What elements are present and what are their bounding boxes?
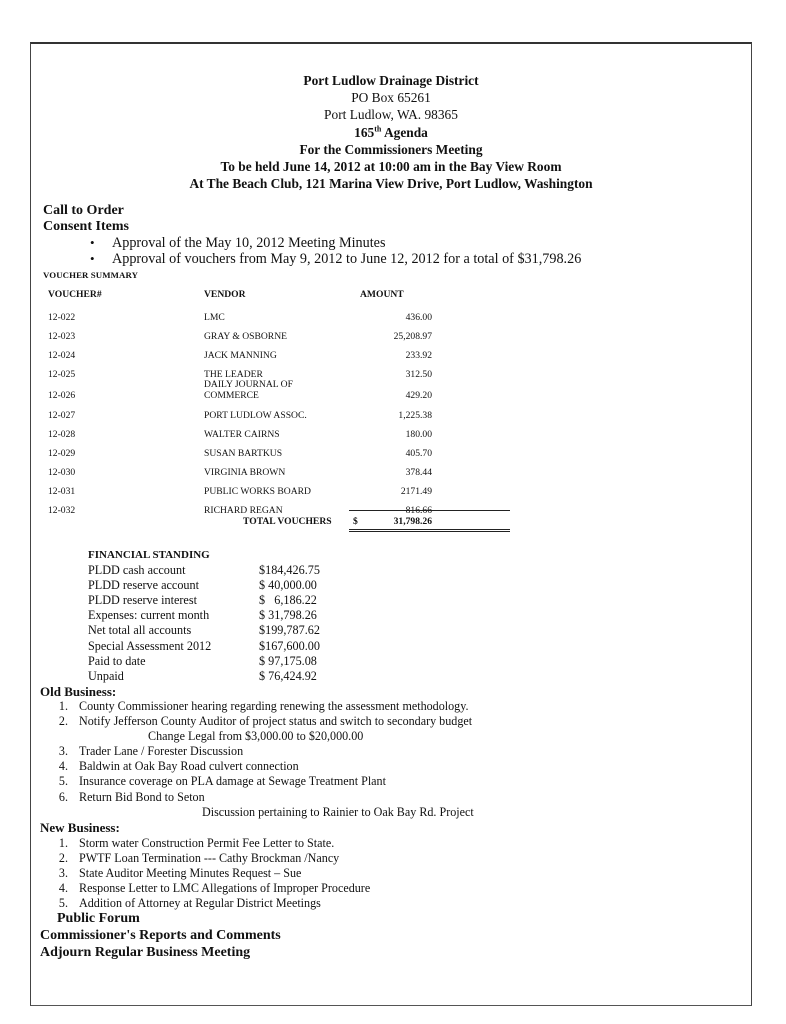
column-header-amount: AMOUNT: [360, 289, 404, 300]
financial-label: PLDD reserve account: [88, 578, 199, 593]
voucher-number: 12-030: [48, 467, 75, 478]
letterhead: Port Ludlow Drainage District PO Box 652…: [30, 72, 752, 192]
city-line: Port Ludlow, WA. 98365: [30, 106, 752, 123]
item-number: 4.: [52, 881, 68, 896]
voucher-amount: 436.00: [406, 312, 432, 323]
item-text: Storm water Construction Permit Fee Lett…: [79, 836, 334, 851]
bullet-icon: •: [90, 251, 112, 267]
total-rule-2: [349, 531, 510, 532]
location-line: At The Beach Club, 121 Marina View Drive…: [30, 175, 752, 192]
vendor-name: SUSAN BARTKUS: [204, 448, 282, 459]
item-text: Trader Lane / Forester Discussion: [79, 744, 243, 759]
item-text: Response Letter to LMC Allegations of Im…: [79, 881, 370, 896]
total-row: TOTAL VOUCHERS $ 31,798.26: [48, 516, 518, 536]
table-header-row: VOUCHER# VENDOR AMOUNT: [48, 289, 518, 309]
meeting-title: For the Commissioners Meeting: [30, 141, 752, 158]
financial-label: Unpaid: [88, 669, 124, 684]
financial-label: PLDD reserve interest: [88, 593, 197, 608]
table-row: 12-031PUBLIC WORKS BOARD2171.49: [48, 486, 518, 506]
voucher-number: 12-026: [48, 390, 75, 401]
item-text: Addition of Attorney at Regular District…: [79, 896, 321, 911]
voucher-number: 12-027: [48, 410, 75, 421]
adjourn-meeting: Adjourn Regular Business Meeting: [40, 945, 250, 961]
commissioners-reports: Commissioner's Reports and Comments: [40, 928, 281, 944]
item-number: 4.: [52, 759, 68, 774]
table-row: 12-024JACK MANNING233.92: [48, 350, 518, 370]
financial-value: $ 40,000.00: [259, 578, 317, 593]
voucher-amount: 180.00: [406, 429, 432, 440]
consent-item: •Approval of vouchers from May 9, 2012 t…: [90, 251, 581, 268]
org-name: Port Ludlow Drainage District: [30, 72, 752, 89]
table-row: 12-026DAILY JOURNAL OFCOMMERCE429.20: [48, 390, 518, 410]
bullet-icon: •: [90, 235, 112, 251]
voucher-amount: 378.44: [406, 467, 432, 478]
total-rule-1: [349, 529, 510, 530]
item-text: PWTF Loan Termination --- Cathy Brockman…: [79, 851, 339, 866]
voucher-amount: 233.92: [406, 350, 432, 361]
financial-label: Expenses: current month: [88, 608, 209, 623]
item-text: State Auditor Meeting Minutes Request – …: [79, 866, 301, 881]
item-number: 2.: [52, 714, 68, 729]
voucher-number: 12-024: [48, 350, 75, 361]
total-currency: $: [353, 516, 358, 527]
vendor-name: VIRGINIA BROWN: [204, 467, 285, 478]
total-amount: 31,798.26: [394, 516, 432, 527]
item-number: 3.: [52, 866, 68, 881]
public-forum: Public Forum: [57, 911, 140, 927]
item-text: Return Bid Bond to Seton: [79, 790, 205, 805]
voucher-number: 12-031: [48, 486, 75, 497]
vendor-name: RICHARD REGAN: [204, 505, 283, 516]
item-number: 6.: [52, 790, 68, 805]
voucher-amount: 405.70: [406, 448, 432, 459]
consent-item-text: Approval of the May 10, 2012 Meeting Min…: [112, 235, 385, 251]
column-header-vendor: VENDOR: [204, 289, 246, 300]
old-business-title: Old Business:: [40, 684, 116, 700]
table-row: 12-029SUSAN BARTKUS405.70: [48, 448, 518, 468]
vendor-name: WALTER CAIRNS: [204, 429, 280, 440]
vendor-name: DAILY JOURNAL OFCOMMERCE: [204, 379, 293, 401]
financial-standing-title: FINANCIAL STANDING: [88, 548, 210, 563]
financial-value: $ 76,424.92: [259, 669, 317, 684]
total-label: TOTAL VOUCHERS: [243, 516, 332, 527]
financial-label: Net total all accounts: [88, 623, 191, 638]
financial-value: $199,787.62: [259, 623, 320, 638]
voucher-number: 12-022: [48, 312, 75, 323]
voucher-number: 12-025: [48, 369, 75, 380]
financial-value: $167,600.00: [259, 639, 320, 654]
item-number: 1.: [52, 699, 68, 714]
vendor-name: PORT LUDLOW ASSOC.: [204, 410, 307, 421]
financial-value: $ 31,798.26: [259, 608, 317, 623]
table-row: 12-023GRAY & OSBORNE25,208.97: [48, 331, 518, 351]
consent-item-text: Approval of vouchers from May 9, 2012 to…: [112, 251, 581, 267]
call-to-order: Call to Order: [43, 203, 124, 219]
table-row: 12-030VIRGINIA BROWN378.44: [48, 467, 518, 487]
consent-item: •Approval of the May 10, 2012 Meeting Mi…: [90, 235, 385, 252]
vendor-name: JACK MANNING: [204, 350, 277, 361]
financial-label: PLDD cash account: [88, 563, 185, 578]
item-text: Insurance coverage on PLA damage at Sewa…: [79, 774, 386, 789]
subitem-text: Change Legal from $3,000.00 to $20,000.0…: [148, 729, 363, 744]
vendor-name: PUBLIC WORKS BOARD: [204, 486, 311, 497]
item-text: County Commissioner hearing regarding re…: [79, 699, 469, 714]
voucher-number: 12-032: [48, 505, 75, 516]
financial-label: Paid to date: [88, 654, 146, 669]
financial-value: $ 97,175.08: [259, 654, 317, 669]
agenda-word: Agenda: [381, 125, 428, 140]
item-number: 5.: [52, 774, 68, 789]
voucher-amount: 2171.49: [401, 486, 432, 497]
column-header-voucher: VOUCHER#: [48, 289, 102, 300]
table-row: 12-022LMC436.00: [48, 312, 518, 332]
po-box: PO Box 65261: [30, 89, 752, 106]
vendor-name-line1: DAILY JOURNAL OF: [204, 379, 293, 390]
voucher-number: 12-023: [48, 331, 75, 342]
voucher-number: 12-029: [48, 448, 75, 459]
voucher-number: 12-028: [48, 429, 75, 440]
financial-value: $184,426.75: [259, 563, 320, 578]
vendor-name: GRAY & OSBORNE: [204, 331, 287, 342]
held-line: To be held June 14, 2012 at 10:00 am in …: [30, 158, 752, 175]
consent-items-title: Consent Items: [43, 219, 129, 235]
item-text: Notify Jefferson County Auditor of proje…: [79, 714, 472, 729]
subitem-text: Discussion pertaining to Rainier to Oak …: [202, 805, 474, 820]
new-business-title: New Business:: [40, 820, 120, 836]
item-text: Baldwin at Oak Bay Road culvert connecti…: [79, 759, 299, 774]
agenda-number: 165th Agenda: [30, 124, 752, 141]
voucher-amount: 25,208.97: [394, 331, 432, 342]
voucher-amount: 1,225.38: [398, 410, 432, 421]
voucher-amount: 429.20: [406, 390, 432, 401]
voucher-summary-title: VOUCHER SUMMARY: [43, 270, 138, 280]
item-number: 2.: [52, 851, 68, 866]
subtotal-rule: [349, 510, 510, 511]
vendor-name-line2: COMMERCE: [204, 390, 293, 401]
table-row: 12-027PORT LUDLOW ASSOC.1,225.38: [48, 410, 518, 430]
item-number: 5.: [52, 896, 68, 911]
financial-value: $ 6,186.22: [259, 593, 317, 608]
voucher-amount: 312.50: [406, 369, 432, 380]
table-row: 12-028WALTER CAIRNS180.00: [48, 429, 518, 449]
vendor-name: LMC: [204, 312, 225, 323]
agenda-number-value: 165: [354, 125, 374, 140]
item-number: 1.: [52, 836, 68, 851]
item-number: 3.: [52, 744, 68, 759]
financial-label: Special Assessment 2012: [88, 639, 211, 654]
